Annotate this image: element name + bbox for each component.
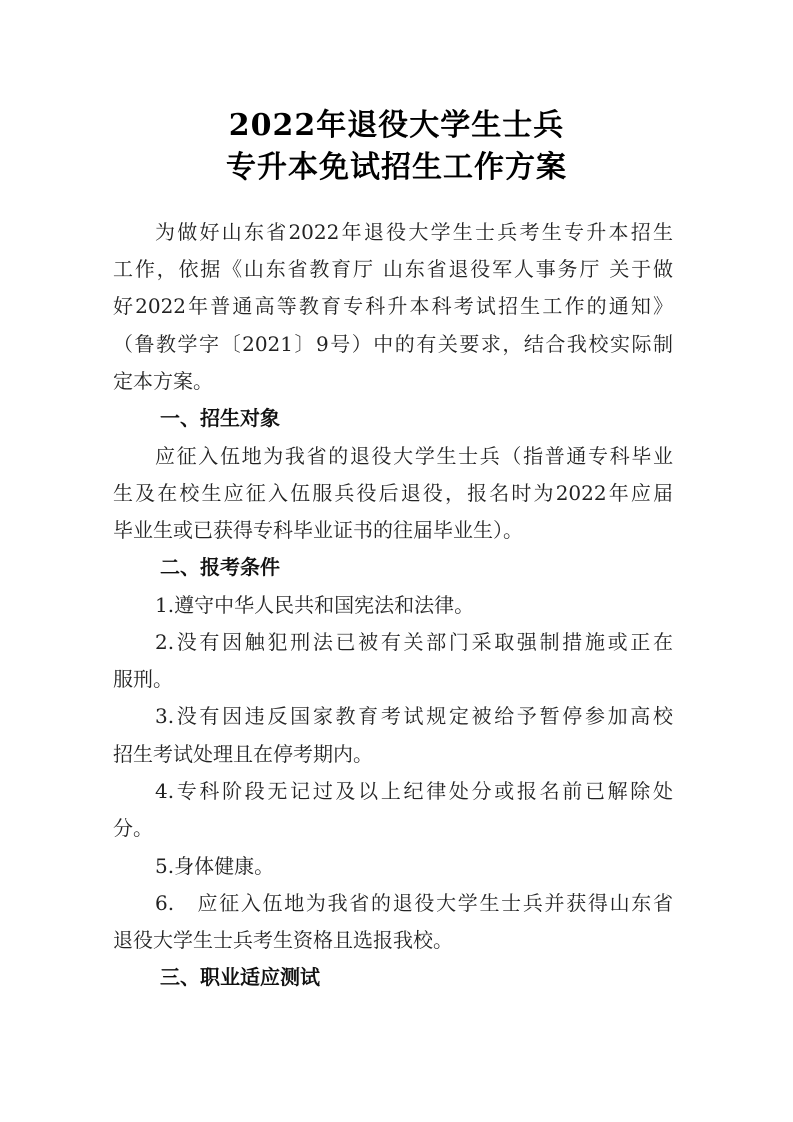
intro-paragraph-line: （鲁教学字〔2021〕9号）中的有关要求，结合我校实际制 bbox=[113, 329, 673, 359]
condition-item-2: 2.没有因触犯刑法已被有关部门采取强制措施或正在 bbox=[155, 627, 673, 657]
condition-item-4-cont: 分。 bbox=[113, 813, 673, 843]
intro-paragraph-line: 工作，依据《山东省教育厅 山东省退役军人事务厅 关于做 bbox=[113, 254, 673, 284]
section-heading-eligibility: 二、报考条件 bbox=[160, 552, 280, 582]
intro-paragraph-line: 为做好山东省2022年退役大学生士兵考生专升本招生 bbox=[155, 217, 673, 247]
section-paragraph-line: 生及在校生应征入伍服兵役后退役，报名时为2022年应届 bbox=[113, 478, 673, 508]
section-paragraph-line: 毕业生或已获得专科毕业证书的往届毕业生）。 bbox=[113, 515, 673, 545]
intro-paragraph-line: 定本方案。 bbox=[113, 366, 673, 396]
condition-item-2-cont: 服刑。 bbox=[113, 664, 673, 694]
document-title-line-2: 专升本免试招生工作方案 bbox=[0, 142, 793, 186]
condition-item-1: 1.遵守中华人民共和国宪法和法律。 bbox=[155, 590, 673, 620]
condition-item-6: 6. 应征入伍地为我省的退役大学生士兵并获得山东省 bbox=[155, 888, 673, 918]
section-heading-vocational-test: 三、职业适应测试 bbox=[160, 962, 320, 992]
condition-item-3-cont: 招生考试处理且在停考期内。 bbox=[113, 739, 673, 769]
document-page: 2022年退役大学生士兵 专升本免试招生工作方案 为做好山东省2022年退役大学… bbox=[0, 0, 793, 1122]
condition-item-3: 3.没有因违反国家教育考试规定被给予暂停参加高校 bbox=[155, 701, 673, 731]
section-heading-recruitment-targets: 一、招生对象 bbox=[160, 403, 280, 433]
section-paragraph-line: 应征入伍地为我省的退役大学生士兵（指普通专科毕业 bbox=[155, 441, 673, 471]
condition-item-4: 4.专科阶段无记过及以上纪律处分或报名前已解除处 bbox=[155, 776, 673, 806]
document-title-line-1: 2022年退役大学生士兵 bbox=[0, 100, 793, 144]
condition-item-6-cont: 退役大学生士兵考生资格且选报我校。 bbox=[113, 925, 673, 955]
intro-paragraph-line: 好2022年普通高等教育专科升本科考试招生工作的通知》 bbox=[113, 291, 673, 321]
condition-item-5: 5.身体健康。 bbox=[155, 851, 673, 881]
